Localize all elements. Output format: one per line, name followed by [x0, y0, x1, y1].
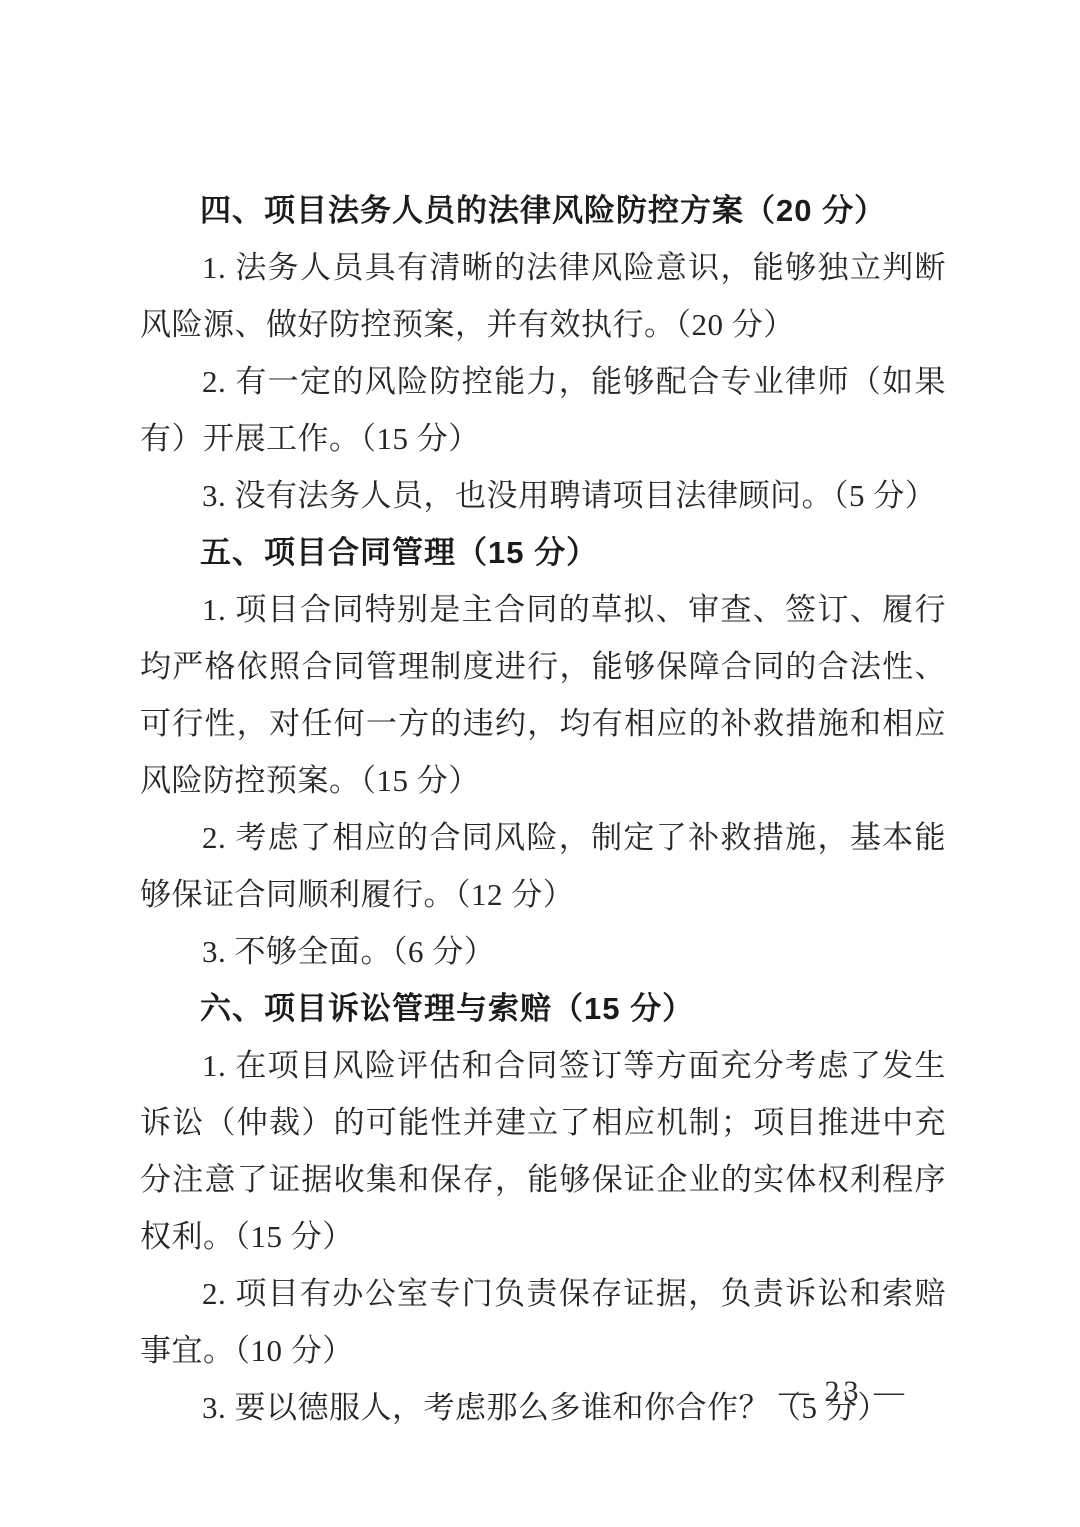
section-5-item-3: 3. 不够全面。（6 分）	[140, 923, 946, 980]
section-6-item-2: 2. 项目有办公室专门负责保存证据，负责诉讼和索赔事宜。（10 分）	[140, 1265, 946, 1379]
section-5-heading: 五、项目合同管理（15 分）	[140, 524, 946, 581]
document-page: 四、项目法务人员的法律风险防控方案（20 分） 1. 法务人员具有清晰的法律风险…	[0, 0, 1080, 1527]
section-5-item-1: 1. 项目合同特别是主合同的草拟、审查、签订、履行均严格依照合同管理制度进行，能…	[140, 581, 946, 809]
section-6-item-1: 1. 在项目风险评估和合同签订等方面充分考虑了发生诉讼（仲裁）的可能性并建立了相…	[140, 1037, 946, 1265]
page-number: — 23 —	[779, 1363, 908, 1420]
section-4-item-3: 3. 没有法务人员，也没用聘请项目法律顾问。（5 分）	[140, 467, 946, 524]
section-5-item-2: 2. 考虑了相应的合同风险，制定了补救措施，基本能够保证合同顺利履行。（12 分…	[140, 809, 946, 923]
section-4-heading: 四、项目法务人员的法律风险防控方案（20 分）	[140, 182, 946, 239]
section-6-heading: 六、项目诉讼管理与索赔（15 分）	[140, 980, 946, 1037]
section-4-item-2: 2. 有一定的风险防控能力，能够配合专业律师（如果有）开展工作。（15 分）	[140, 353, 946, 467]
document-body: 四、项目法务人员的法律风险防控方案（20 分） 1. 法务人员具有清晰的法律风险…	[140, 182, 946, 1436]
section-4-item-1: 1. 法务人员具有清晰的法律风险意识，能够独立判断风险源、做好防控预案，并有效执…	[140, 239, 946, 353]
